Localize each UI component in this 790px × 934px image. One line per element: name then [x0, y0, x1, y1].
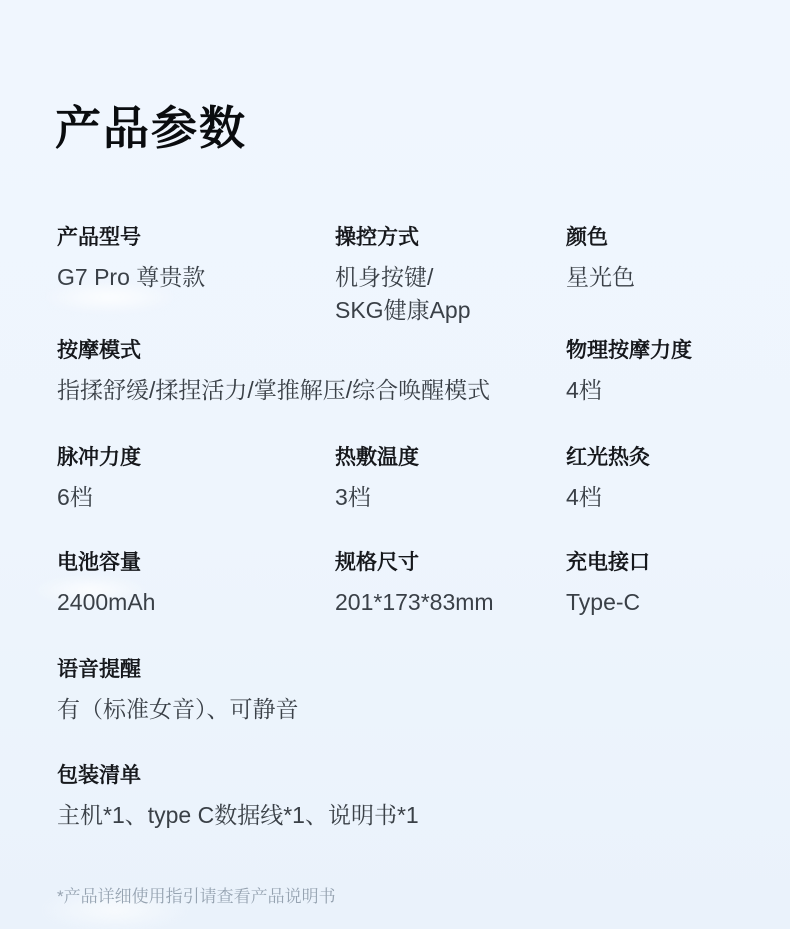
spec-heat-compress-temperature: 热敷温度 3档 [335, 444, 419, 514]
spec-label-dimensions: 规格尺寸 [335, 549, 494, 577]
product-spec-page: 产品参数 产品型号 G7 Pro 尊贵款 操控方式 机身按键/ SKG健康App… [0, 0, 790, 934]
spec-battery-capacity: 电池容量 2400mAh [57, 549, 155, 619]
spec-value-product-model: G7 Pro 尊贵款 [57, 261, 205, 294]
spec-voice-reminder: 语音提醒 有（标准女音）、可静音 [57, 656, 299, 726]
spec-value-battery-capacity: 2400mAh [57, 586, 155, 619]
spec-value-charging-port: Type-C [566, 586, 650, 619]
spec-label-massage-mode: 按摩模式 [57, 337, 490, 365]
spec-label-red-light-heat: 红光热灸 [566, 444, 650, 472]
spec-value-color: 星光色 [566, 261, 635, 294]
spec-charging-port: 充电接口 Type-C [566, 549, 650, 619]
spec-label-pulse-intensity: 脉冲力度 [57, 444, 141, 472]
footnote: *产品详细使用指引请查看产品说明书 [57, 886, 336, 908]
spec-pulse-intensity: 脉冲力度 6档 [57, 444, 141, 514]
spec-value-pulse-intensity: 6档 [57, 481, 141, 514]
spec-label-battery-capacity: 电池容量 [57, 549, 155, 577]
spec-color: 颜色 星光色 [566, 224, 635, 294]
spec-value-dimensions: 201*173*83mm [335, 586, 494, 619]
spec-label-physical-massage-intensity: 物理按摩力度 [566, 337, 692, 365]
spec-label-control-method: 操控方式 [335, 224, 471, 252]
bottom-strip [0, 929, 790, 934]
spec-package-list: 包装清单 主机*1、type C数据线*1、说明书*1 [57, 762, 419, 832]
spec-value-physical-massage-intensity: 4档 [566, 374, 692, 407]
spec-dimensions: 规格尺寸 201*173*83mm [335, 549, 494, 619]
spec-value-package-list: 主机*1、type C数据线*1、说明书*1 [57, 799, 419, 832]
spec-label-color: 颜色 [566, 224, 635, 252]
spec-label-package-list: 包装清单 [57, 762, 419, 790]
spec-label-voice-reminder: 语音提醒 [57, 656, 299, 684]
spec-value-red-light-heat: 4档 [566, 481, 650, 514]
spec-label-heat-compress-temperature: 热敷温度 [335, 444, 419, 472]
spec-label-charging-port: 充电接口 [566, 549, 650, 577]
spec-control-method: 操控方式 机身按键/ SKG健康App [335, 224, 471, 327]
spec-value-voice-reminder: 有（标准女音）、可静音 [57, 693, 299, 726]
spec-product-model: 产品型号 G7 Pro 尊贵款 [57, 224, 205, 294]
spec-value-control-method: 机身按键/ SKG健康App [335, 261, 471, 327]
spec-value-heat-compress-temperature: 3档 [335, 481, 419, 514]
page-title: 产品参数 [55, 100, 247, 156]
spec-physical-massage-intensity: 物理按摩力度 4档 [566, 337, 692, 407]
spec-red-light-heat: 红光热灸 4档 [566, 444, 650, 514]
spec-value-massage-mode: 指揉舒缓/揉捏活力/掌推解压/综合唤醒模式 [57, 374, 490, 407]
spec-massage-mode: 按摩模式 指揉舒缓/揉捏活力/掌推解压/综合唤醒模式 [57, 337, 490, 407]
spec-label-product-model: 产品型号 [57, 224, 205, 252]
